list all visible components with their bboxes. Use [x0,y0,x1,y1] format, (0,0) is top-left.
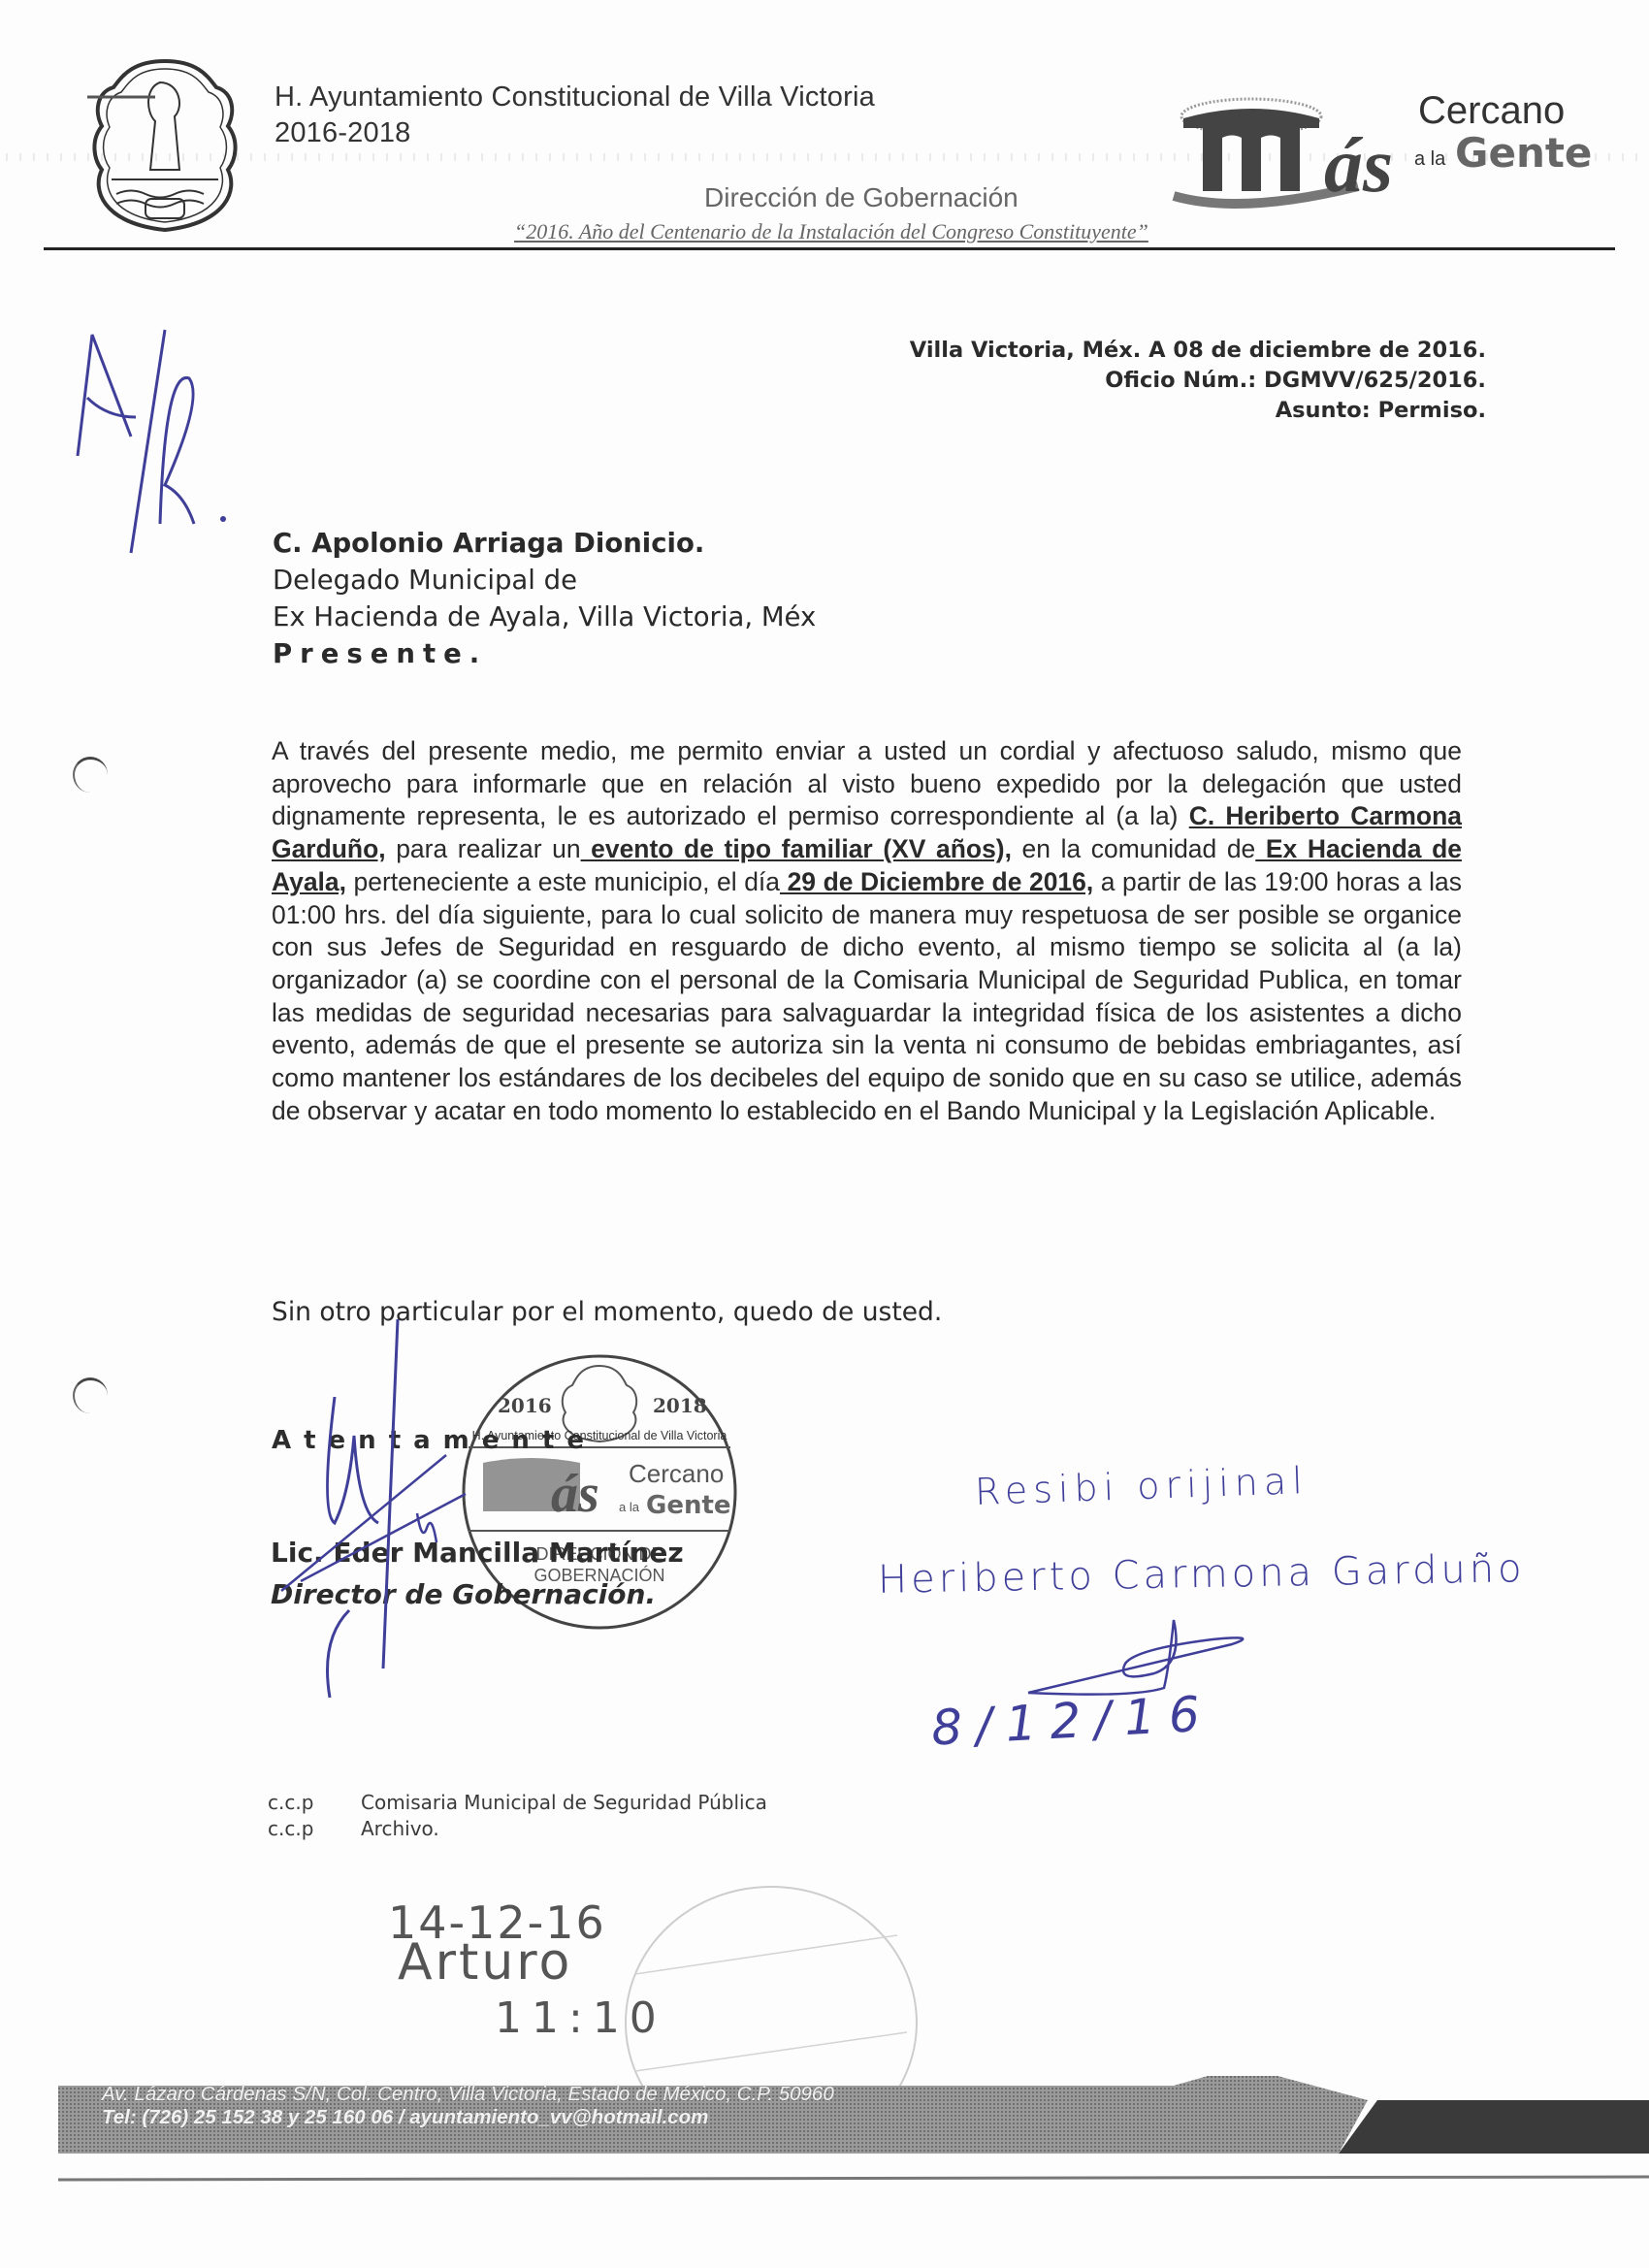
svg-text:Gente: Gente [1455,129,1592,177]
ccp-label: c.c.p [268,1816,361,1842]
svg-text:ás: ás [1324,123,1393,209]
svg-text:Cercano: Cercano [629,1459,724,1488]
mas-cercano-logo-icon: ás Cercano a la Gente [1164,80,1610,215]
body-text: en la comunidad de [1012,834,1255,863]
received-by-name: Arturo [398,1933,572,1992]
addressee-position: Delegado Municipal de [273,562,816,599]
received-annotation: 14-12-16 Arturo 11:10 [388,1896,606,1949]
ccp-recipient: Archivo. [361,1817,439,1840]
letter-body: A través del presente medio, me permito … [272,735,1462,1127]
municipal-crest-icon [73,53,257,238]
carbon-copy-list: c.c.pComisaria Municipal de Seguridad Pú… [268,1790,767,1842]
addressee-block: C. Apolonio Arriaga Dionicio. Delegado M… [273,525,816,672]
svg-text:ás: ás [551,1464,599,1524]
svg-text:a la: a la [619,1500,640,1514]
svg-text:Gente: Gente [646,1491,731,1520]
handwritten-received-note: Resibi orijinal [974,1459,1309,1513]
director-signature-icon [262,1319,543,1707]
header-organization: H. Ayuntamiento Constitucional de Villa … [275,80,875,151]
event-date: 29 de Diciembre de 2016, [780,867,1093,896]
ccp-recipient: Comisaria Municipal de Seguridad Pública [361,1791,767,1814]
svg-text:Cercano: Cercano [1418,89,1565,132]
body-text: para realizar un [386,834,581,863]
header-motto: “2016. Año del Centenario de la Instalac… [514,219,1148,244]
handwritten-received-date: 8/12/16 [930,1685,1214,1756]
footer-phone-email: Tel: (726) 25 152 38 y 25 160 06 / ayunt… [102,2106,834,2129]
svg-text:a la: a la [1414,148,1446,170]
oficio-number: Oficio Núm.: DGMVV/625/2016. [910,366,1486,396]
handwritten-initials-icon [58,310,252,563]
header-divider [44,247,1615,250]
body-text: perteneciente a este municipio, el día [346,867,780,896]
addressee-name: C. Apolonio Arriaga Dionicio. [273,525,816,562]
term-years: 2016-2018 [275,115,875,151]
svg-text:2018: 2018 [653,1394,707,1417]
subject: Asunto: Permiso. [910,396,1486,426]
received-time: 11:10 [495,1993,666,2043]
letter-meta: Villa Victoria, Méx. A 08 de diciembre d… [910,336,1486,426]
punch-hole [73,757,108,793]
ccp-item: c.c.pComisaria Municipal de Seguridad Pú… [268,1790,767,1816]
addressee-location: Ex Hacienda de Ayala, Villa Victoria, Mé… [273,599,816,635]
ccp-item: c.c.pArchivo. [268,1816,767,1842]
salutation: Presente. [273,635,816,672]
ccp-label: c.c.p [268,1790,361,1816]
organization-name: H. Ayuntamiento Constitucional de Villa … [275,80,875,115]
punch-hole [73,1377,108,1413]
place-date: Villa Victoria, Méx. A 08 de diciembre d… [910,336,1486,366]
header-department: Dirección de Gobernación [704,182,1018,213]
footer-contact: Av. Lázaro Cárdenas S/N, Col. Centro, Vi… [102,2083,834,2129]
body-text: a partir de las 19:00 horas a las 01:00 … [272,867,1462,1125]
handwritten-receiver-name: Heriberto Carmona Garduño [878,1546,1526,1603]
event-type: evento de tipo familiar (XV años), [581,834,1012,863]
footer-address: Av. Lázaro Cárdenas S/N, Col. Centro, Vi… [102,2083,834,2106]
